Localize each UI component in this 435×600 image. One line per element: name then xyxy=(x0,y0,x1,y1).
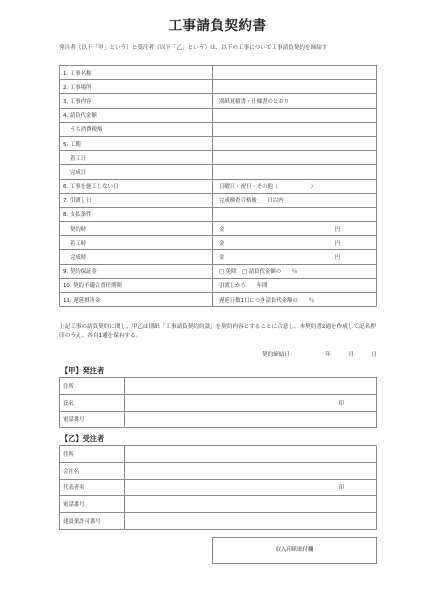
revenue-stamp-box: 収入印紙貼付欄 xyxy=(212,537,377,564)
yen-unit: 円 xyxy=(335,253,340,261)
party-a-table: 住所 氏名印 電話番号 xyxy=(59,377,377,428)
term-value[interactable]: 遅延日数1日につき請負代金額の ％ xyxy=(213,293,377,307)
currency-prefix: 金 xyxy=(219,241,224,247)
field-label: 住所 xyxy=(60,378,125,395)
term-value[interactable] xyxy=(213,66,377,80)
name-field[interactable]: 印 xyxy=(125,394,377,411)
term-value[interactable] xyxy=(213,151,377,165)
term-value[interactable]: □ 免除 □ 請負代金額の ％ xyxy=(213,264,377,278)
representative-field[interactable]: 印 xyxy=(125,479,377,496)
term-value[interactable]: 引渡しから 年間 xyxy=(213,278,377,292)
license-number-field[interactable] xyxy=(125,513,377,530)
table-row: 代表者名印 xyxy=(60,479,377,496)
yen-unit: 円 xyxy=(335,225,340,233)
field-label: 電話番号 xyxy=(60,496,125,513)
agreement-text: 上記工事の請負契約に関し、甲乙は別紙「工事請負契約約款」を契約内容とすることに合… xyxy=(59,323,379,341)
term-label: 4. 請負代金額 xyxy=(60,108,213,122)
term-value[interactable] xyxy=(213,108,377,122)
currency-prefix: 金 xyxy=(219,227,224,233)
seal-mark: 印 xyxy=(339,483,344,491)
term-label: うち消費税額 xyxy=(60,122,213,136)
document-title: 工事請負契約書 xyxy=(0,14,435,34)
table-row: 5. 工期 xyxy=(60,136,377,150)
term-value[interactable] xyxy=(213,165,377,179)
intro-text: 発注者（以下「甲」という）と受注者（以下「乙」という）は、以下の工事について工事… xyxy=(59,43,389,51)
term-value[interactable] xyxy=(213,122,377,136)
payment-amount-field[interactable]: 金円 xyxy=(213,236,377,250)
field-label: 氏名 xyxy=(60,394,125,411)
term-label: 6. 工事を施工しない日 xyxy=(60,179,213,193)
seal-mark: 印 xyxy=(339,399,344,407)
term-value[interactable]: 完成検査合格後 日以内 xyxy=(213,193,377,207)
term-label: 着工時 xyxy=(60,236,213,250)
term-label: 完成時 xyxy=(60,250,213,264)
date-year[interactable]: 年 xyxy=(325,350,331,358)
table-row: 9. 契約保証金□ 免除 □ 請負代金額の ％ xyxy=(60,264,377,278)
table-row: うち消費税額 xyxy=(60,122,377,136)
table-row: 11. 遅延損害金遅延日数1日につき請負代金額の ％ xyxy=(60,293,377,307)
party-a-heading: 【甲】発注者 xyxy=(61,366,104,376)
table-row: 電話番号 xyxy=(60,496,377,513)
table-row: 着工時金円 xyxy=(60,236,377,250)
currency-prefix: 金 xyxy=(219,255,224,261)
table-row: 3. 工事内容別紙見積書・仕様書のとおり xyxy=(60,94,377,108)
term-value[interactable] xyxy=(213,207,377,221)
term-label: 2. 工事場所 xyxy=(60,80,213,94)
company-name-field[interactable] xyxy=(125,462,377,479)
table-row: 完成日 xyxy=(60,165,377,179)
term-value[interactable] xyxy=(213,136,377,150)
table-row: 会社名 xyxy=(60,462,377,479)
table-row: 2. 工事場所 xyxy=(60,80,377,94)
date-day[interactable]: 日 xyxy=(371,350,377,358)
term-label: 11. 遅延損害金 xyxy=(60,293,213,307)
table-row: 完成時金円 xyxy=(60,250,377,264)
party-b-heading: 【乙】受注者 xyxy=(61,434,104,444)
table-row: 氏名印 xyxy=(60,394,377,411)
contract-terms-table: 1. 工事名称 2. 工事場所 3. 工事内容別紙見積書・仕様書のとおり 4. … xyxy=(59,65,377,307)
table-row: 着工日 xyxy=(60,151,377,165)
term-label: 3. 工事内容 xyxy=(60,94,213,108)
table-row: 1. 工事名称 xyxy=(60,66,377,80)
table-row: 8. 支払条件 xyxy=(60,207,377,221)
table-row: 4. 請負代金額 xyxy=(60,108,377,122)
field-label: 建設業許可番号 xyxy=(60,513,125,530)
term-label: 10. 契約不適合責任期間 xyxy=(60,278,213,292)
term-value[interactable] xyxy=(213,80,377,94)
term-label: 契約時 xyxy=(60,222,213,236)
table-row: 住所 xyxy=(60,446,377,463)
address-field[interactable] xyxy=(125,446,377,463)
term-label: 着工日 xyxy=(60,151,213,165)
phone-field[interactable] xyxy=(125,411,377,428)
term-label: 完成日 xyxy=(60,165,213,179)
table-row: 電話番号 xyxy=(60,411,377,428)
field-label: 代表者名 xyxy=(60,479,125,496)
payment-amount-field[interactable]: 金円 xyxy=(213,222,377,236)
table-row: 10. 契約不適合責任期間引渡しから 年間 xyxy=(60,278,377,292)
term-value[interactable]: 別紙見積書・仕様書のとおり xyxy=(213,94,377,108)
yen-unit: 円 xyxy=(335,239,340,247)
term-label: 9. 契約保証金 xyxy=(60,264,213,278)
term-label: 7. 引渡し日 xyxy=(60,193,213,207)
date-month[interactable]: 月 xyxy=(348,350,354,358)
term-label: 8. 支払条件 xyxy=(60,207,213,221)
address-field[interactable] xyxy=(125,378,377,395)
payment-amount-field[interactable]: 金円 xyxy=(213,250,377,264)
table-row: 建設業許可番号 xyxy=(60,513,377,530)
contract-date: 契約締結日： 年 月 日 xyxy=(262,350,377,358)
table-row: 住所 xyxy=(60,378,377,395)
term-value[interactable]: 日曜日・祝日・その他（ ） xyxy=(213,179,377,193)
table-row: 6. 工事を施工しない日日曜日・祝日・その他（ ） xyxy=(60,179,377,193)
table-row: 7. 引渡し日完成検査合格後 日以内 xyxy=(60,193,377,207)
field-label: 会社名 xyxy=(60,462,125,479)
term-label: 1. 工事名称 xyxy=(60,66,213,80)
field-label: 電話番号 xyxy=(60,411,125,428)
table-row: 契約時金円 xyxy=(60,222,377,236)
term-label: 5. 工期 xyxy=(60,136,213,150)
party-b-table: 住所 会社名 代表者名印 電話番号 建設業許可番号 xyxy=(59,445,377,530)
contract-date-label: 契約締結日： xyxy=(262,350,296,358)
phone-field[interactable] xyxy=(125,496,377,513)
field-label: 住所 xyxy=(60,446,125,463)
